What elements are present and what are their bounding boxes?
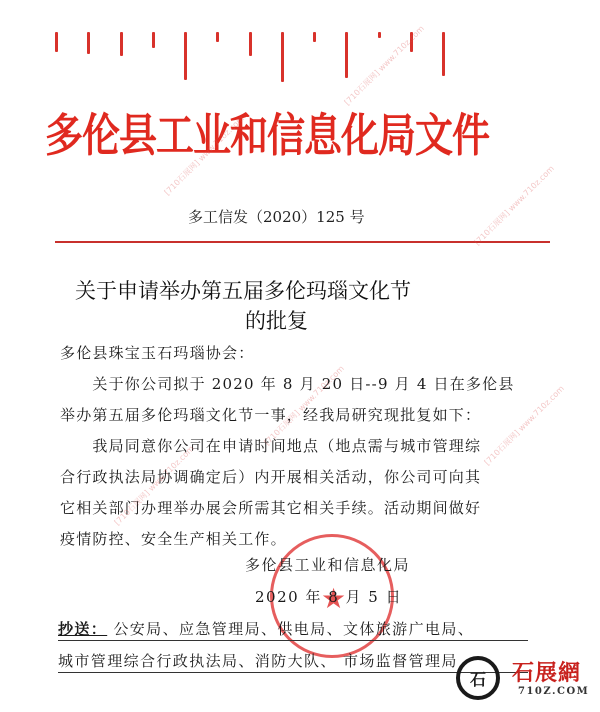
issuer-header-title: 多伦县工业和信息化局文件 [45,98,515,164]
signature-date: 2020 年 8 月 5 日 [255,586,402,607]
cc-recipients-2: 城市管理综合行政执法局、消防大队、 市场监督管理局 [58,652,458,670]
logo-name: 石展網 [512,656,581,687]
paragraph-2: 我局同意你公司在申请时间地点（地点需与城市管理综 合行政执法局协调确定后）内开展… [60,431,550,555]
salutation: 多伦县珠宝玉石玛瑙协会： [60,338,550,369]
paragraph-2-line: 我局同意你公司在申请时间地点（地点需与城市管理综 [60,431,550,462]
cc-recipients-1: 公安局、应急管理局、供电局、文体旅游广电局、 [113,620,474,638]
site-logo: 石 石展網 710Z.COM [452,650,600,712]
signature-issuer: 多伦县工业和信息化局 [245,554,410,575]
paragraph-2-line: 合行政执法局协调确定后）内开展相关活动，你公司可向其 [60,462,550,493]
cc-line-1: 抄送： 公安局、应急管理局、供电局、文体旅游广电局、 [58,618,528,641]
logo-emblem-icon: 石 [456,656,500,700]
logo-url: 710Z.COM [518,686,589,697]
paragraph-1-line: 关于你公司拟于 2020 年 8 月 20 日--9 月 4 日在多伦县 [60,369,550,400]
document-title-line-2: 的批复 [245,305,308,335]
red-divider-rule [55,241,550,243]
document-number: 多工信发（2020）125 号 [188,206,365,227]
paragraph-1-line: 举办第五届多伦玛瑙文化节一事，经我局研究现批复如下： [60,400,550,431]
watermark: [710石展网] www.710z.com [472,163,557,248]
paragraph-1: 关于你公司拟于 2020 年 8 月 20 日--9 月 4 日在多伦县 举办第… [60,369,550,431]
mongolian-script-header [55,32,445,92]
paragraph-2-line: 它相关部门办理举办展会所需其它相关手续。活动期间做好 [60,493,550,524]
cc-label: 抄送： [58,620,107,638]
document-title-line-1: 关于申请举办第五届多伦玛瑙文化节 [75,275,411,305]
